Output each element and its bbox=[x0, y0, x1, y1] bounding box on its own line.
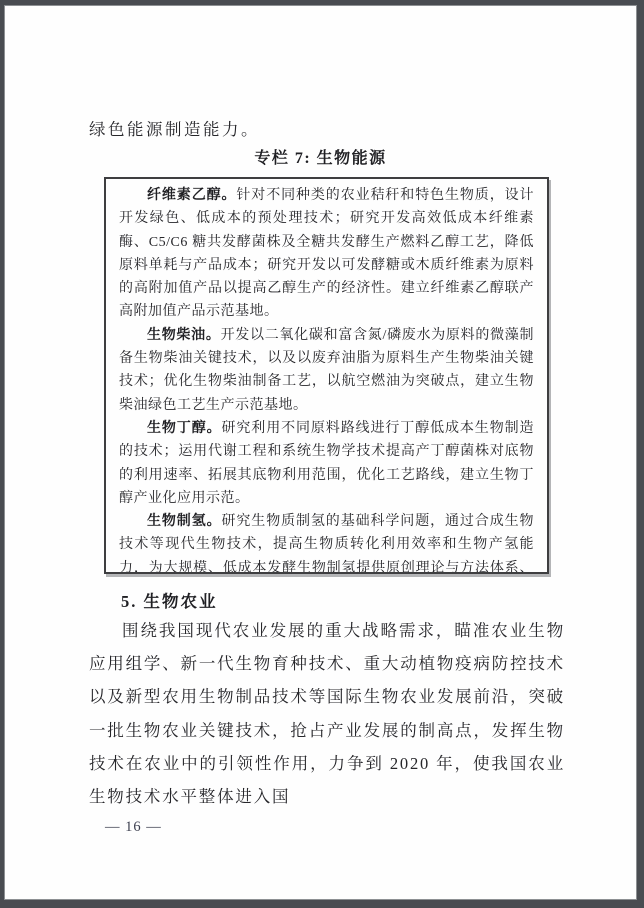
paragraph-lead: 纤维素乙醇。 bbox=[147, 188, 236, 203]
document-page: 绿色能源制造能力。 专栏 7: 生物能源 纤维素乙醇。针对不同种类的农业秸秆和特… bbox=[4, 5, 637, 900]
box-paragraph-biohydrogen: 生物制氢。研究生物质制氢的基础科学问题，通过合成生物技术等现代生物技术，提高生物… bbox=[119, 510, 534, 574]
paragraph-lead: 生物柴油。 bbox=[147, 328, 221, 343]
bioenergy-feature-box: 纤维素乙醇。针对不同种类的农业秸秆和特色生物质，设计开发绿色、低成本的预处理技术… bbox=[104, 177, 549, 574]
page-number: — 16 — bbox=[105, 819, 162, 836]
section-heading-bio-agriculture: 5. 生物农业 bbox=[121, 588, 218, 612]
paragraph-lead: 生物丁醇。 bbox=[147, 421, 222, 436]
paragraph-text: 针对不同种类的农业秸秆和特色生物质，设计开发绿色、低成本的预处理技术；研究开发高… bbox=[119, 188, 534, 319]
box-paragraph-biodiesel: 生物柴油。开发以二氧化碳和富含氮/磷废水为原料的微藻制备生物柴油关键技术，以及以… bbox=[119, 324, 534, 417]
section-paragraph: 围绕我国现代农业发展的重大战略需求，瞄准农业生物应用组学、新一代生物育种技术、重… bbox=[89, 614, 565, 813]
paragraph-lead: 生物制氢。 bbox=[147, 514, 222, 529]
box-paragraph-biobutanol: 生物丁醇。研究利用不同原料路线进行丁醇低成本生物制造的技术；运用代谢工程和系统生… bbox=[119, 417, 534, 510]
box-title: 专栏 7: 生物能源 bbox=[5, 145, 636, 168]
box-paragraph-cellulosic-ethanol: 纤维素乙醇。针对不同种类的农业秸秆和特色生物质，设计开发绿色、低成本的预处理技术… bbox=[119, 184, 534, 324]
body-text-line: 绿色能源制造能力。 bbox=[89, 116, 260, 140]
